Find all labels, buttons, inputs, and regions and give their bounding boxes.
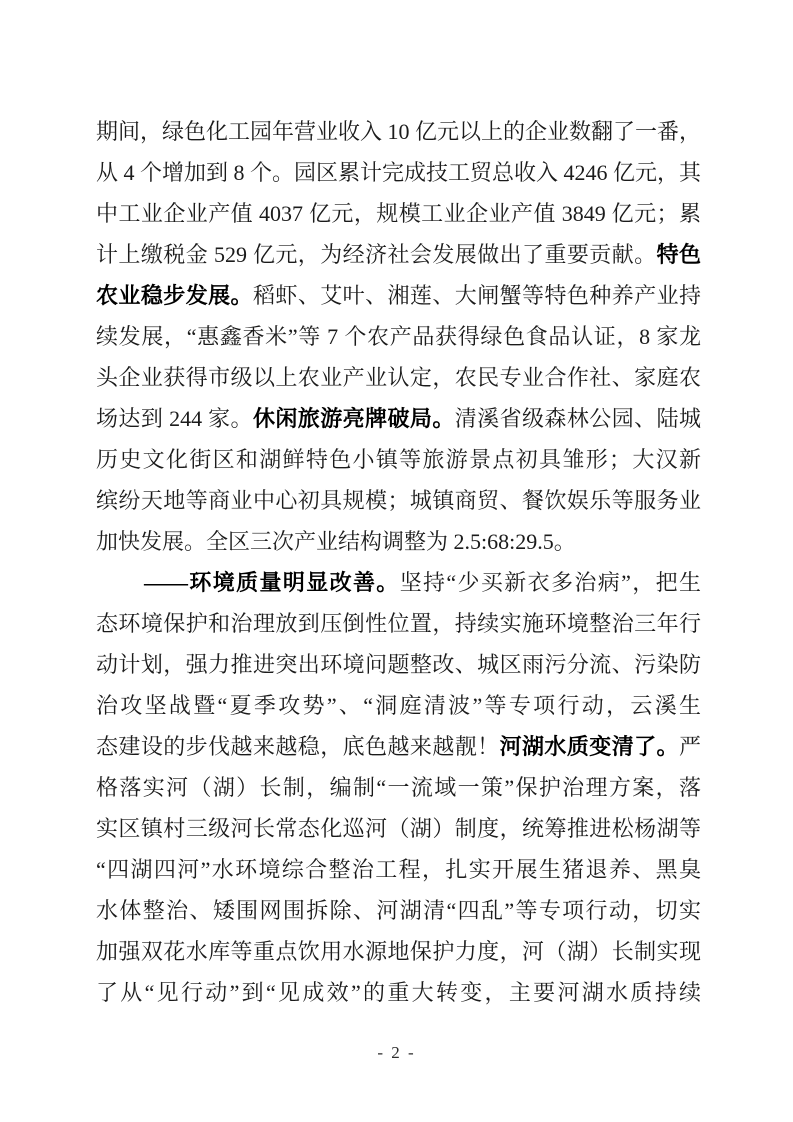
text-line: 续发展，“惠鑫香米”等 7 个农产品获得绿色食品认证，8 家龙 — [96, 316, 701, 357]
text-line: 缤纷天地等商业中心初具规模；城镇商贸、餐饮娱乐等服务业 — [96, 480, 701, 521]
text-run: 水体整治、矮围网围拆除、河湖清“四乱”等专项行动，切实 — [96, 898, 701, 923]
text-line: 历史文化街区和湖鲜特色小镇等旅游景点初具雏形；大汉新城、 — [96, 439, 701, 480]
bold-text-run: 休闲旅游亮牌破局。 — [253, 406, 455, 431]
text-line: 场达到 244 家。休闲旅游亮牌破局。清溪省级森林公园、陆城 — [96, 398, 701, 439]
text-run: 头企业获得市级以上农业产业认定，农民专业合作社、家庭农 — [96, 365, 701, 390]
text-run: 坚持“少买新衣多治病”，把生 — [400, 570, 701, 595]
text-run: 续发展，“惠鑫香米”等 7 个农产品获得绿色食品认证，8 家龙 — [96, 324, 701, 349]
text-run: 缤纷天地等商业中心初具规模；城镇商贸、餐饮娱乐等服务业 — [96, 488, 701, 513]
text-line: 加快发展。全区三次产业结构调整为 2.5:68:29.5。 — [96, 521, 701, 562]
page-number: - 2 - — [377, 1043, 415, 1062]
text-run: 动计划，强力推进突出环境问题整改、城区雨污分流、污染防 — [96, 652, 701, 677]
text-run: 从 4 个增加到 8 个。园区累计完成技工贸总收入 4246 亿元，其 — [96, 160, 701, 185]
text-line: 中工业企业产值 4037 亿元，规模工业企业产值 3849 亿元；累 — [96, 193, 701, 234]
text-line: 治攻坚战暨“夏季攻势”、“洞庭清波”等专项行动，云溪生 — [96, 685, 701, 726]
text-run: 治攻坚战暨“夏季攻势”、“洞庭清波”等专项行动，云溪生 — [96, 693, 701, 718]
text-line: 从 4 个增加到 8 个。园区累计完成技工贸总收入 4246 亿元，其 — [96, 152, 701, 193]
text-run: 实区镇村三级河长常态化巡河（湖）制度，统筹推进松杨湖等 — [96, 816, 701, 841]
text-line: 头企业获得市级以上农业产业认定，农民专业合作社、家庭农 — [96, 357, 701, 398]
text-run: 历史文化街区和湖鲜特色小镇等旅游景点初具雏形；大汉新城、 — [96, 447, 701, 480]
text-line: 水体整治、矮围网围拆除、河湖清“四乱”等专项行动，切实 — [96, 890, 701, 931]
text-run: 清溪省级森林公园、陆城 — [455, 406, 701, 431]
text-line: 计上缴税金 529 亿元，为经济社会发展做出了重要贡献。特色 — [96, 234, 701, 275]
text-run: 期间，绿色化工园年营业收入 10 亿元以上的企业数翻了一番， — [96, 119, 701, 144]
text-run: “四湖四河”水环境综合整治工程，扎实开展生猪退养、黑臭 — [96, 857, 701, 882]
text-line: 格落实河（湖）长制，编制“一流域一策”保护治理方案，落 — [96, 767, 701, 808]
text-run: 格落实河（湖）长制，编制“一流域一策”保护治理方案，落 — [96, 775, 701, 800]
text-run: 加快发展。全区三次产业结构调整为 2.5:68:29.5。 — [96, 529, 576, 554]
text-run: 计上缴税金 529 亿元，为经济社会发展做出了重要贡献。 — [96, 242, 657, 267]
text-line: 了从“见行动”到“见成效”的重大转变，主要河湖水质持续 — [96, 972, 701, 1013]
text-run: 场达到 244 家。 — [96, 406, 253, 431]
text-line: ——环境质量明显改善。坚持“少买新衣多治病”，把生 — [96, 562, 701, 603]
bold-text-run: ——环境质量明显改善。 — [144, 570, 400, 595]
text-line: 实区镇村三级河长常态化巡河（湖）制度，统筹推进松杨湖等 — [96, 808, 701, 849]
text-line: 农业稳步发展。稻虾、艾叶、湘莲、大闸蟹等特色种养产业持 — [96, 275, 701, 316]
bold-text-run: 河湖水质变清了。 — [500, 734, 679, 759]
text-run: 中工业企业产值 4037 亿元，规模工业企业产值 3849 亿元；累 — [96, 201, 701, 226]
page-footer: - 2 - — [0, 1038, 793, 1068]
text-run: 态建设的步伐越来越稳，底色越来越靓！ — [96, 734, 500, 759]
document-page: 期间，绿色化工园年营业收入 10 亿元以上的企业数翻了一番，从 4 个增加到 8… — [0, 0, 793, 1122]
text-run: 严 — [679, 734, 701, 759]
text-line: 加强双花水库等重点饮用水源地保护力度，河（湖）长制实现 — [96, 931, 701, 972]
text-run: 稻虾、艾叶、湘莲、大闸蟹等特色种养产业持 — [253, 283, 701, 308]
text-line: “四湖四河”水环境综合整治工程，扎实开展生猪退养、黑臭 — [96, 849, 701, 890]
text-line: 态建设的步伐越来越稳，底色越来越靓！河湖水质变清了。严 — [96, 726, 701, 767]
bold-text-run: 农业稳步发展。 — [96, 283, 253, 308]
document-body: 期间，绿色化工园年营业收入 10 亿元以上的企业数翻了一番，从 4 个增加到 8… — [96, 111, 701, 1013]
text-run: 加强双花水库等重点饮用水源地保护力度，河（湖）长制实现 — [96, 939, 701, 964]
bold-text-run: 特色 — [657, 242, 701, 267]
text-line: 态环境保护和治理放到压倒性位置，持续实施环境整治三年行 — [96, 603, 701, 644]
text-run: 态环境保护和治理放到压倒性位置，持续实施环境整治三年行 — [96, 611, 701, 636]
text-line: 期间，绿色化工园年营业收入 10 亿元以上的企业数翻了一番， — [96, 111, 701, 152]
text-run: 了从“见行动”到“见成效”的重大转变，主要河湖水质持续 — [96, 980, 701, 1005]
text-line: 动计划，强力推进突出环境问题整改、城区雨污分流、污染防 — [96, 644, 701, 685]
